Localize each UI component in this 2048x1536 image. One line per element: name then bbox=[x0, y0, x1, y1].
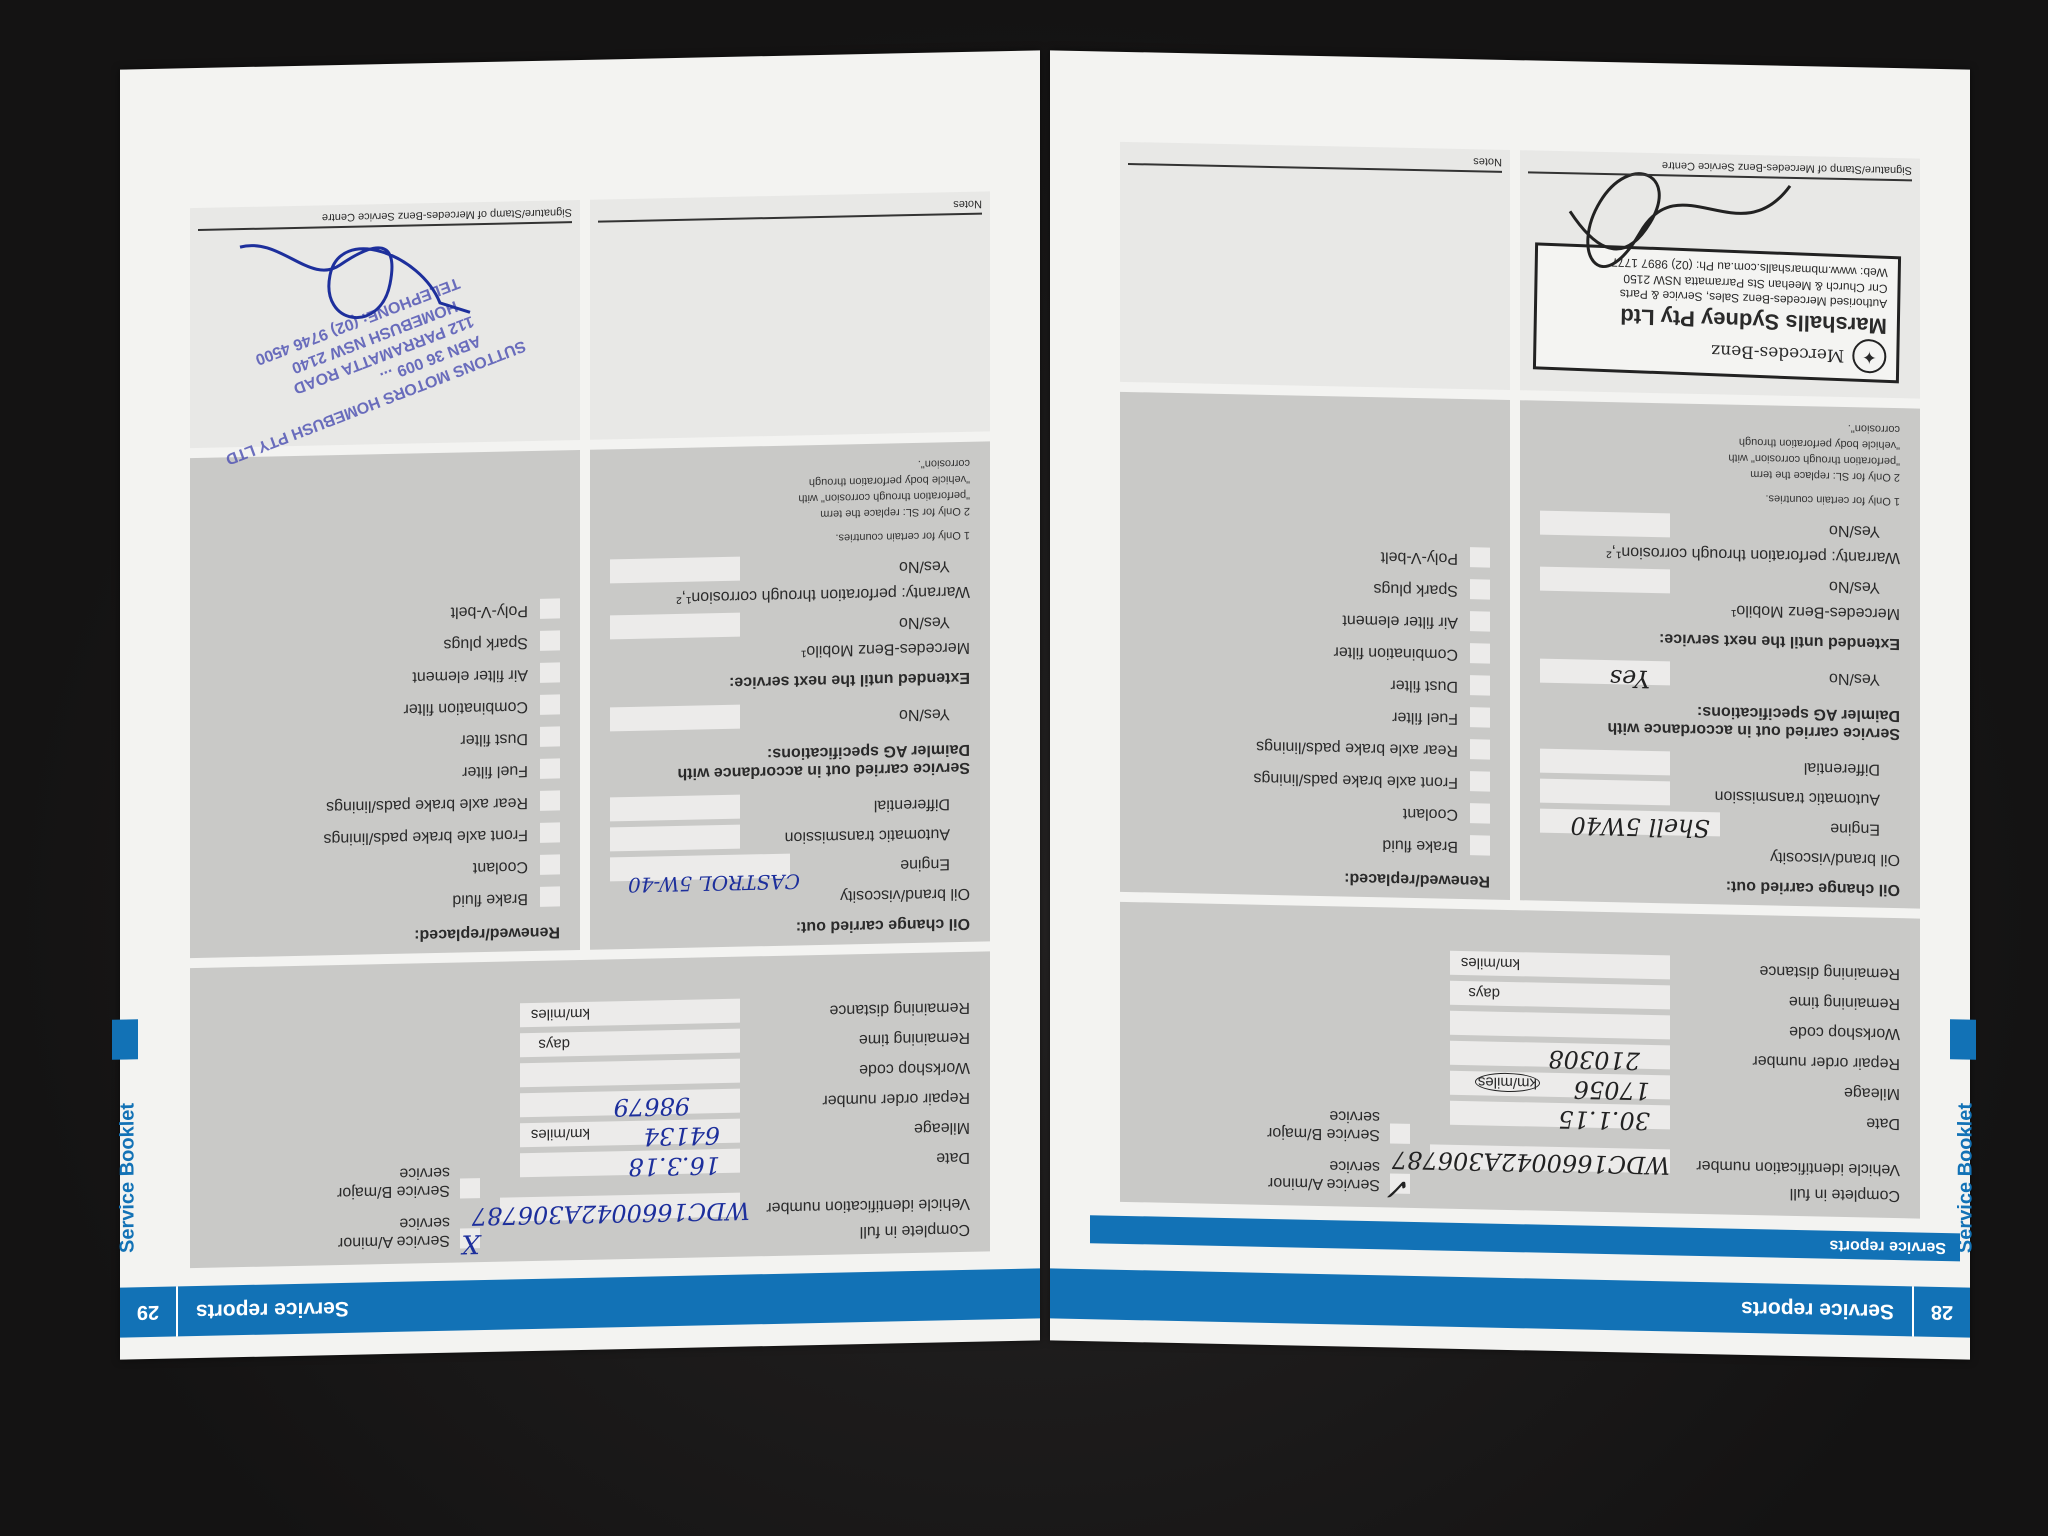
stamp-brand: Mercedes-Benz bbox=[1711, 339, 1844, 366]
vin-label: Vehicle identification number bbox=[760, 1194, 970, 1216]
complete-in-full-label: Complete in full bbox=[860, 1220, 970, 1240]
daimler-yesno-field[interactable] bbox=[610, 705, 740, 732]
side-tab-label: Service Booklet bbox=[117, 1078, 140, 1278]
vin-value: WDC1660042A306787 bbox=[472, 1196, 750, 1230]
service-report-form: Complete in full Vehicle identification … bbox=[1100, 91, 1920, 1218]
renewed-checkbox[interactable] bbox=[1470, 803, 1490, 823]
renewed-item-label: Brake fluid bbox=[1382, 835, 1458, 855]
date-value: 16.3.18 bbox=[628, 1151, 720, 1181]
side-tab: Service Booklet bbox=[112, 1019, 138, 1230]
warranty-yesno-label: Yes/No bbox=[1829, 521, 1880, 540]
renewed-panel: Renewed/replaced: Brake fluidCoolantFron… bbox=[190, 450, 580, 958]
renewed-checkbox[interactable] bbox=[1470, 611, 1490, 631]
warranty-yesno-field[interactable] bbox=[1540, 511, 1670, 538]
service-report-form: Complete in full Vehicle identification … bbox=[170, 91, 990, 1268]
side-tab-label: Service Booklet bbox=[1955, 1078, 1978, 1278]
side-tab: Service Booklet bbox=[1950, 1019, 1976, 1230]
renewed-item-label: Coolant bbox=[473, 857, 528, 876]
signature-box: ✦Mercedes-Benz Marshalls Sydney Pty Ltd … bbox=[1520, 150, 1920, 398]
renewed-item-label: Air filter element bbox=[412, 665, 528, 685]
renewed-checkbox[interactable] bbox=[1470, 547, 1490, 567]
engine-oil-label: Engine bbox=[900, 854, 950, 873]
oil-change-heading: Oil change carried out: bbox=[796, 914, 970, 936]
remaining-time-label: Remaining time bbox=[1789, 992, 1900, 1012]
page-number: 28 bbox=[1912, 1286, 1970, 1337]
section-header: Service reports bbox=[1090, 1215, 1960, 1261]
notes-box[interactable]: Notes bbox=[590, 191, 990, 439]
page-footer-bar: Service reports 29 bbox=[120, 1268, 1040, 1337]
renewed-checkbox[interactable] bbox=[540, 758, 560, 778]
renewed-checkbox[interactable] bbox=[1470, 579, 1490, 599]
side-tab-marker bbox=[1950, 1019, 1976, 1060]
renewed-item-label: Front axle brake pads/linings bbox=[323, 825, 528, 847]
renewed-item-label: Dust filter bbox=[460, 729, 528, 748]
repair-order-label: Repair order number bbox=[822, 1088, 970, 1109]
renewed-item-label: Fuel filter bbox=[1392, 708, 1458, 727]
renewed-checkbox[interactable] bbox=[540, 630, 560, 650]
vehicle-details-panel: Complete in full Vehicle identification … bbox=[190, 951, 990, 1268]
engine-oil-value: Shell 5W40 bbox=[1570, 811, 1710, 842]
oil-brand-label: Oil brand/viscosity bbox=[840, 884, 970, 905]
vehicle-details-panel: Complete in full Vehicle identification … bbox=[1120, 902, 1920, 1219]
daimler-yesno-label: Yes/No bbox=[1829, 669, 1880, 688]
renewed-checkbox[interactable] bbox=[540, 886, 560, 906]
repair-order-value: 98679 bbox=[614, 1092, 690, 1122]
repair-order-label: Repair order number bbox=[1752, 1051, 1900, 1072]
oil-change-heading: Oil change carried out: bbox=[1726, 877, 1900, 899]
complete-in-full-label: Complete in full bbox=[1790, 1184, 1900, 1204]
renewed-checkbox[interactable] bbox=[540, 598, 560, 618]
service-a-check-mark: ✓ bbox=[1387, 1170, 1412, 1206]
renewed-item-label: Dust filter bbox=[1390, 675, 1458, 694]
footnote-2: 2 Only for SL: replace the term "perfora… bbox=[770, 454, 970, 522]
oil-change-panel: Oil change carried out: Oil brand/viscos… bbox=[1520, 400, 1920, 908]
extended-heading: Extended until the next service: bbox=[729, 668, 970, 691]
renewed-item-label: Spark plugs bbox=[1374, 579, 1459, 599]
notes-box[interactable]: Notes bbox=[1120, 142, 1510, 390]
warranty-label: Warranty: perforation through corrosion¹… bbox=[676, 582, 970, 606]
renewed-item-label: Fuel filter bbox=[462, 761, 528, 780]
oil-change-panel: Oil change carried out: Oil brand/viscos… bbox=[590, 441, 990, 949]
service-a-label: Service A/minor service bbox=[1250, 1155, 1380, 1194]
remaining-time-unit: days bbox=[1468, 984, 1500, 1002]
mileage-unit: km/miles bbox=[1475, 1072, 1540, 1092]
mileage-unit: km/miles bbox=[531, 1125, 590, 1143]
vin-value: WDC1660042A306787 bbox=[1392, 1146, 1670, 1180]
auto-trans-field[interactable] bbox=[1540, 779, 1670, 806]
footnote-2: 2 Only for SL: replace the term "perfora… bbox=[1700, 416, 1900, 484]
daimler-yesno-field[interactable] bbox=[1540, 659, 1670, 686]
renewed-checkbox[interactable] bbox=[540, 822, 560, 842]
differential-label: Differential bbox=[874, 794, 950, 814]
daimler-yesno-value: Yes bbox=[1610, 664, 1650, 693]
renewed-item-label: Combination filter bbox=[404, 697, 529, 718]
side-tab-marker bbox=[112, 1019, 138, 1060]
extended-heading: Extended until the next service: bbox=[1659, 629, 1900, 652]
renewed-list: Brake fluidCoolantFront axle brake pads/… bbox=[190, 950, 580, 958]
differential-field[interactable] bbox=[610, 795, 740, 822]
mobilo-yesno-label: Yes/No bbox=[1829, 577, 1880, 596]
mobilo-label: Mercedes-Benz Mobilo¹ bbox=[801, 638, 970, 660]
service-b-label: Service B/major service bbox=[320, 1163, 450, 1202]
service-b-label: Service B/major service bbox=[1250, 1105, 1380, 1144]
warranty-yesno-field[interactable] bbox=[610, 557, 740, 584]
repair-order-value: 210308 bbox=[1548, 1045, 1640, 1075]
warranty-label: Warranty: perforation through corrosion¹… bbox=[1606, 542, 1900, 566]
renewed-list: Brake fluidCoolantFront axle brake pads/… bbox=[1120, 892, 1510, 900]
renewed-item-label: Combination filter bbox=[1334, 642, 1459, 663]
renewed-heading: Renewed/replaced: bbox=[414, 922, 560, 943]
auto-trans-field[interactable] bbox=[610, 825, 740, 852]
renewed-item-label: Rear axle brake pads/linings bbox=[326, 793, 528, 815]
remaining-distance-label: Remaining distance bbox=[829, 998, 970, 1019]
footer-title: Service reports bbox=[1741, 1283, 1894, 1336]
mercedes-star-icon: ✦ bbox=[1852, 339, 1887, 374]
renewed-checkbox[interactable] bbox=[540, 790, 560, 810]
signature-box: SUTTONS MOTORS HOMEBUSH PTY LTD ABN 36 0… bbox=[190, 200, 580, 448]
footer-title: Service reports bbox=[196, 1283, 349, 1336]
remaining-distance-unit: km/miles bbox=[1461, 954, 1520, 972]
renewed-item-label: Brake fluid bbox=[452, 889, 528, 909]
page-29: Service reports 29 Service Booklet Compl… bbox=[120, 50, 1040, 1359]
page-number: 29 bbox=[120, 1286, 178, 1337]
daimler-yesno-label: Yes/No bbox=[899, 704, 950, 723]
differential-label: Differential bbox=[1804, 758, 1880, 778]
renewed-item-label: Coolant bbox=[1403, 804, 1458, 823]
renewed-checkbox[interactable] bbox=[1470, 707, 1490, 727]
mileage-label: Mileage bbox=[1844, 1083, 1900, 1102]
service-booklet: 28 Service reports Service reports Servi… bbox=[110, 60, 1970, 1350]
renewed-item-label: Air filter element bbox=[1342, 610, 1458, 630]
daimler-heading: Service carried out in accordance with D… bbox=[1570, 699, 1900, 742]
renewed-checkbox[interactable] bbox=[540, 854, 560, 874]
notes-caption: Notes bbox=[1128, 148, 1502, 173]
date-value: 30.1.15 bbox=[1558, 1105, 1650, 1135]
date-label: Date bbox=[936, 1148, 970, 1167]
page-28: 28 Service reports Service reports Servi… bbox=[1050, 50, 1970, 1359]
workshop-code-field[interactable] bbox=[1450, 1011, 1670, 1040]
service-a-check-mark: X bbox=[461, 1228, 480, 1258]
workshop-code-field[interactable] bbox=[520, 1059, 740, 1088]
service-b-checkbox[interactable] bbox=[460, 1178, 480, 1198]
vin-label: Vehicle identification number bbox=[1690, 1156, 1900, 1178]
renewed-checkbox[interactable] bbox=[540, 662, 560, 682]
footnote-1: 1 Only for certain countries. bbox=[770, 526, 970, 546]
renewed-checkbox[interactable] bbox=[1470, 771, 1490, 791]
engine-oil-value: CASTROL 5W-40 bbox=[628, 869, 800, 897]
remaining-time-unit: days bbox=[538, 1035, 570, 1053]
mobilo-label: Mercedes-Benz Mobilo¹ bbox=[1731, 601, 1900, 623]
mobilo-yesno-label: Yes/No bbox=[899, 612, 950, 631]
notes-caption: Notes bbox=[598, 198, 982, 223]
mileage-label: Mileage bbox=[914, 1118, 970, 1137]
mileage-value: 64134 bbox=[644, 1121, 720, 1151]
signature-scribble bbox=[220, 222, 480, 347]
renewed-checkbox[interactable] bbox=[1470, 675, 1490, 695]
service-a-label: Service A/minor service bbox=[320, 1213, 450, 1252]
renewed-item-label: Spark plugs bbox=[444, 633, 529, 653]
remaining-distance-unit: km/miles bbox=[531, 1005, 590, 1023]
renewed-checkbox[interactable] bbox=[1470, 739, 1490, 759]
renewed-checkbox[interactable] bbox=[540, 694, 560, 714]
workshop-code-label: Workshop code bbox=[859, 1058, 970, 1078]
service-b-checkbox[interactable] bbox=[1390, 1123, 1410, 1143]
workshop-code-label: Workshop code bbox=[1789, 1022, 1900, 1042]
date-label: Date bbox=[1866, 1113, 1900, 1132]
remaining-distance-label: Remaining distance bbox=[1759, 961, 1900, 982]
renewed-heading: Renewed/replaced: bbox=[1344, 869, 1490, 890]
differential-field[interactable] bbox=[1540, 749, 1670, 776]
mobilo-yesno-field[interactable] bbox=[1540, 567, 1670, 594]
remaining-time-label: Remaining time bbox=[859, 1028, 970, 1048]
oil-brand-label: Oil brand/viscosity bbox=[1770, 847, 1900, 868]
daimler-heading: Service carried out in accordance with D… bbox=[640, 740, 970, 783]
renewed-panel: Renewed/replaced: Brake fluidCoolantFron… bbox=[1120, 392, 1510, 900]
renewed-checkbox[interactable] bbox=[1470, 835, 1490, 855]
renewed-checkbox[interactable] bbox=[1470, 643, 1490, 663]
engine-oil-label: Engine bbox=[1830, 819, 1880, 838]
footnote-1: 1 Only for certain countries. bbox=[1700, 488, 1900, 508]
renewed-item-label: Rear axle brake pads/linings bbox=[1256, 737, 1458, 759]
mileage-value: 17056 bbox=[1574, 1075, 1650, 1105]
page-footer-bar: 28 Service reports bbox=[1050, 1268, 1970, 1337]
auto-trans-label: Automatic transmission bbox=[1715, 786, 1880, 807]
mobilo-yesno-field[interactable] bbox=[610, 613, 740, 640]
renewed-item-label: Poly-V-belt bbox=[451, 601, 528, 621]
renewed-item-label: Front axle brake pads/linings bbox=[1253, 769, 1458, 791]
renewed-item-label: Poly-V-belt bbox=[1381, 547, 1458, 567]
auto-trans-label: Automatic transmission bbox=[785, 824, 950, 845]
renewed-checkbox[interactable] bbox=[540, 726, 560, 746]
warranty-yesno-label: Yes/No bbox=[899, 556, 950, 575]
